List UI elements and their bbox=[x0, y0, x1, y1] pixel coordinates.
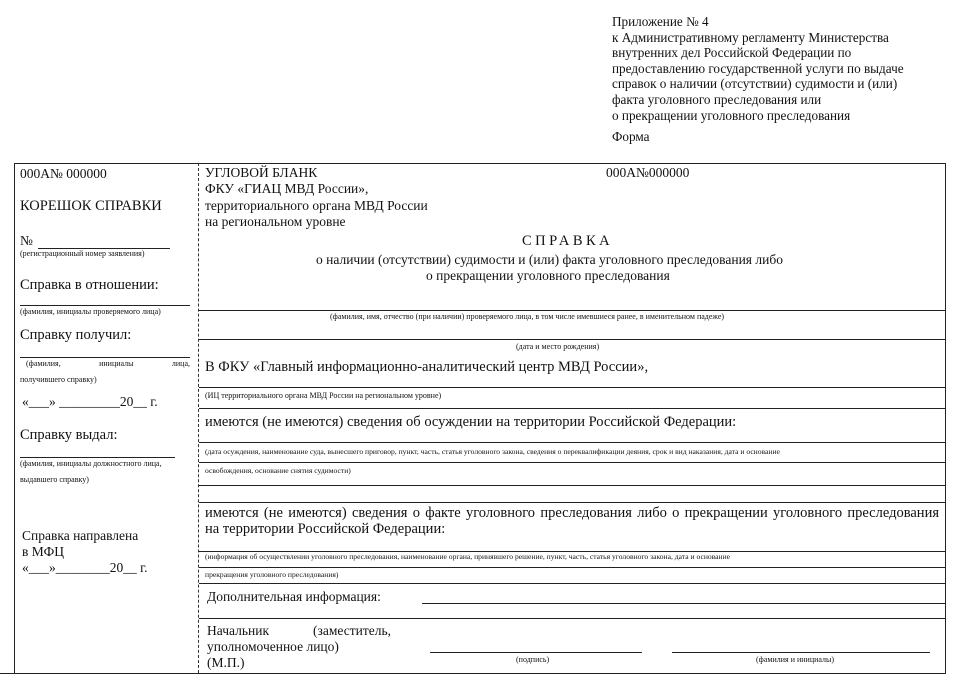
prosecution-hint: (информация об осуществлении уголовного … bbox=[205, 552, 730, 562]
ic-hint: (ИЦ территориального органа МВД России н… bbox=[205, 391, 441, 401]
conviction-hint-cont: освобождения, основание снятия судимости… bbox=[205, 466, 351, 476]
stub-sent-label-cont: в МФЦ bbox=[22, 544, 64, 560]
appendix-line: к Административному регламенту Министерс… bbox=[612, 30, 904, 46]
appendix-line: справок о наличии (отсутствии) судимости… bbox=[612, 76, 904, 92]
org-line: территориального органа МВД России bbox=[205, 198, 428, 214]
prosecution-line: имеются (не имеются) сведения о факте уг… bbox=[205, 505, 939, 522]
additional-info-field[interactable] bbox=[422, 603, 946, 604]
certificate-serial: 000А№000000 bbox=[606, 165, 689, 181]
additional-info-label: Дополнительная информация: bbox=[207, 589, 381, 605]
separator bbox=[199, 583, 946, 584]
stub-number-label: № bbox=[20, 233, 33, 249]
prosecution-hint-cont: прекращения уголовного преследования) bbox=[205, 570, 338, 580]
org-line: ФКУ «ГИАЦ МВД России», bbox=[205, 181, 368, 197]
chief-label-cont: уполномоченное лицо) bbox=[207, 639, 339, 655]
stub-regarding-label: Справка в отношении: bbox=[20, 277, 159, 294]
signature-field[interactable] bbox=[430, 652, 642, 653]
prosecution-field-2[interactable] bbox=[199, 567, 946, 568]
conviction-field[interactable] bbox=[199, 442, 946, 443]
appendix-line: внутренних дел Российской Федерации по bbox=[612, 45, 904, 61]
center-line: В ФКУ «Главный информационно-аналитическ… bbox=[205, 359, 648, 376]
stub-regarding-field[interactable] bbox=[20, 305, 190, 306]
fio-hint: (фамилия, имя, отчество (при наличии) пр… bbox=[330, 312, 724, 322]
appendix-line: о прекращении уголовного преследования bbox=[612, 108, 904, 124]
stub-received-hint-cont: получившего справку) bbox=[20, 375, 97, 385]
seal-label: (М.П.) bbox=[207, 655, 245, 671]
appendix-line: Приложение № 4 bbox=[612, 14, 904, 30]
name-field[interactable] bbox=[672, 652, 930, 653]
stub-regarding-hint: (фамилия, инициалы проверяемого лица) bbox=[20, 307, 161, 317]
stub-received-hint: (фамилия, инициалы лица, bbox=[26, 359, 190, 369]
stub-issued-hint-cont: выдавшего справку) bbox=[20, 475, 89, 485]
conviction-hint: (дата осуждения, наименование суда, выне… bbox=[205, 447, 780, 457]
corner-stamp-label: УГЛОВОЙ БЛАНК bbox=[205, 165, 317, 181]
form-label: Форма bbox=[612, 129, 904, 145]
org-line: на региональном уровне bbox=[205, 214, 346, 230]
stub-received-date[interactable]: «___» _________20__ г. bbox=[22, 394, 158, 410]
form-bottom-border bbox=[0, 673, 946, 674]
stub-issued-label: Справку выдал: bbox=[20, 427, 117, 444]
conviction-field-2[interactable] bbox=[199, 462, 946, 463]
appendix-header: Приложение № 4 к Административному регла… bbox=[612, 14, 904, 145]
appendix-line: предоставлению государственной услуги по… bbox=[612, 61, 904, 77]
stub-number-hint: (регистрационный номер заявления) bbox=[20, 249, 145, 259]
separator bbox=[199, 618, 946, 619]
stub-received-field[interactable] bbox=[20, 357, 190, 358]
separator bbox=[199, 502, 946, 503]
conviction-field-3[interactable] bbox=[199, 485, 946, 486]
stub-sent-label: Справка направлена bbox=[22, 528, 138, 544]
ic-field[interactable] bbox=[199, 387, 946, 388]
stub-issued-hint: (фамилия, инициалы должностного лица, bbox=[20, 459, 162, 469]
signature-hint: (подпись) bbox=[516, 655, 549, 665]
document-title: СПРАВКА bbox=[522, 233, 613, 250]
appendix-line: факта уголовного преследования или bbox=[612, 92, 904, 108]
conviction-line: имеются (не имеются) сведения об осужден… bbox=[205, 414, 736, 431]
prosecution-line-cont: на территории Российской Федерации: bbox=[205, 521, 445, 538]
stub-cut-line bbox=[198, 163, 199, 673]
document-subtitle-cont: о прекращении уголовного преследования bbox=[426, 268, 670, 284]
stub-sent-date[interactable]: «___»________20__ г. bbox=[22, 560, 148, 576]
chief-label: Начальник (заместитель, bbox=[207, 623, 391, 639]
stub-issued-field[interactable] bbox=[20, 457, 175, 458]
separator bbox=[199, 408, 946, 409]
birth-hint: (дата и место рождения) bbox=[516, 342, 599, 352]
birth-field[interactable] bbox=[199, 339, 946, 340]
stub-received-label: Справку получил: bbox=[20, 327, 131, 344]
document-subtitle: о наличии (отсутствии) судимости и (или)… bbox=[316, 252, 783, 268]
stub-title: КОРЕШОК СПРАВКИ bbox=[20, 198, 162, 215]
stub-serial: 000А№ 000000 bbox=[20, 166, 107, 182]
name-hint: (фамилия и инициалы) bbox=[756, 655, 834, 665]
fio-field[interactable] bbox=[199, 310, 946, 311]
